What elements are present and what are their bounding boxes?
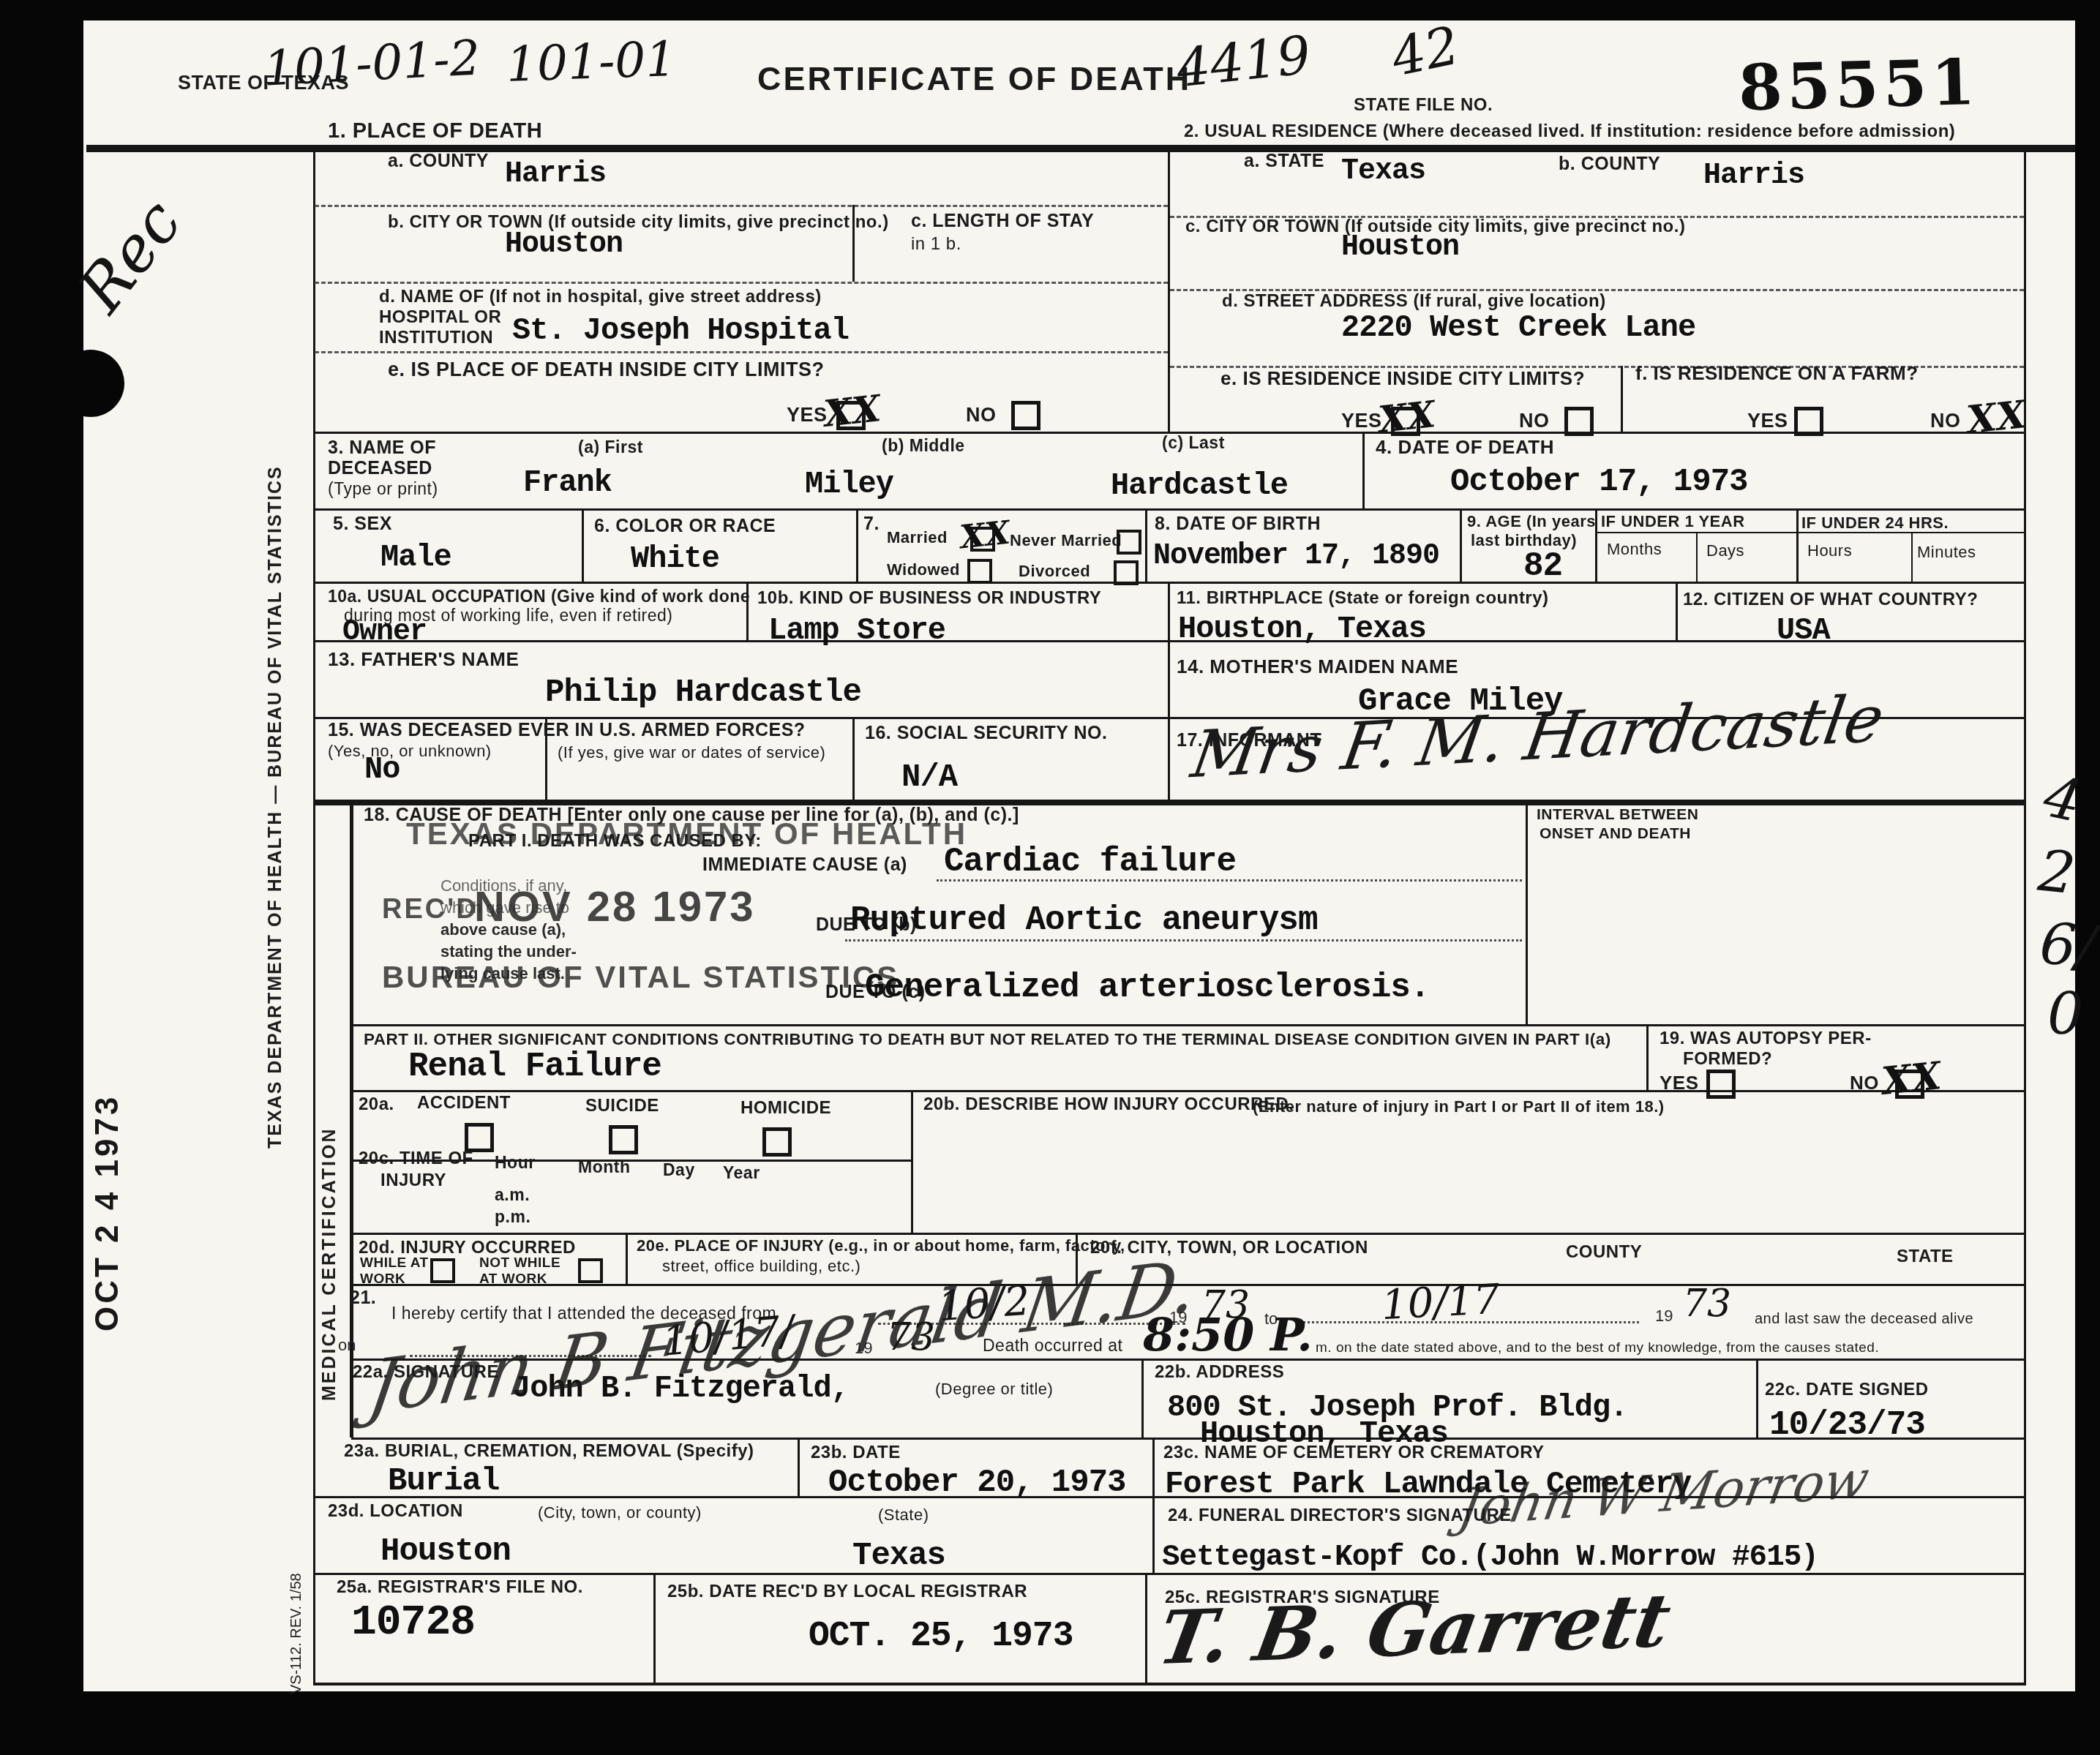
- header-rule: [86, 145, 2075, 152]
- birthplace-value: Houston, Texas: [1178, 612, 1426, 647]
- address-label: 22b. ADDRESS: [1155, 1362, 1284, 1383]
- time-of-injury-label-2: INJURY: [380, 1170, 446, 1191]
- describe-injury-label: 20b. DESCRIBE HOW INJURY OCCURRED.: [923, 1094, 1294, 1115]
- hole-punch-dot: [57, 350, 124, 417]
- race-value: White: [631, 541, 719, 576]
- burial-date-value: October 20, 1973: [828, 1465, 1125, 1501]
- film-border-bottom: [0, 1691, 2100, 1755]
- suicide-checkbox: [609, 1125, 638, 1154]
- describe-injury-note: (Enter nature of injury in Part I or Par…: [1253, 1097, 1665, 1116]
- never-married-label: Never Married: [1010, 531, 1122, 550]
- not-while-work-label: AT WORK: [479, 1271, 547, 1288]
- date-of-birth-value: November 17, 1890: [1153, 540, 1439, 573]
- birthplace-label: 11. BIRTHPLACE (State or foreign country…: [1177, 588, 1549, 609]
- injury-county-label: COUNTY: [1566, 1242, 1642, 1263]
- death-certificate-scan: TEXAS DEPARTMENT OF HEALTH — BUREAU OF V…: [0, 0, 2100, 1755]
- pod-hospital-value: St. Joseph Hospital: [512, 313, 849, 348]
- day-label: Day: [663, 1160, 695, 1180]
- days-label: Days: [1706, 541, 1744, 560]
- suicide-label: SUICIDE: [585, 1096, 659, 1116]
- industry-label: 10b. KIND OF BUSINESS OR INDUSTRY: [757, 588, 1101, 609]
- am-label: a.m.: [495, 1185, 530, 1205]
- citizen-value: USA: [1777, 613, 1830, 648]
- farm-yes-checkbox: [1794, 407, 1823, 436]
- pod-yes-label: YES: [787, 404, 828, 426]
- cemetery-label: 23c. NAME OF CEMETERY OR CREMATORY: [1163, 1443, 1545, 1463]
- table-left-border: [313, 150, 315, 1685]
- homicide-label: HOMICIDE: [740, 1098, 831, 1119]
- sex-value: Male: [380, 540, 451, 575]
- hours-label: Hours: [1807, 541, 1852, 560]
- homicide-checkbox: [762, 1127, 792, 1157]
- pod-county-value: Harris: [505, 158, 606, 191]
- under-1-year-label: IF UNDER 1 YEAR: [1601, 512, 1745, 531]
- name-label-1: 3. NAME OF: [328, 437, 436, 459]
- registrar-signature: T. B. Garrett: [1152, 1577, 1677, 1681]
- date-of-death-label: 4. DATE OF DEATH: [1376, 436, 1554, 459]
- registrar-file-label: 25a. REGISTRAR'S FILE NO.: [337, 1577, 583, 1598]
- date-signed-label: 22c. DATE SIGNED: [1765, 1380, 1929, 1400]
- name-label-2: DECEASED: [328, 458, 432, 479]
- right-margin-digit: 6/: [2038, 911, 2098, 980]
- occupation-value: Owner: [342, 616, 427, 649]
- cert-19-2: 19: [1655, 1307, 1673, 1326]
- part1-label: PART I. DEATH WAS CAUSED BY:: [468, 831, 762, 852]
- res-street-value: 2220 West Creek Lane: [1341, 310, 1695, 345]
- last-name-label: (c) Last: [1162, 433, 1225, 453]
- autopsy-no-label: NO: [1850, 1072, 1879, 1094]
- month-label: Month: [578, 1157, 630, 1177]
- date-recd-label: 25b. DATE REC'D BY LOCAL REGISTRAR: [667, 1582, 1027, 1602]
- widowed-label: Widowed: [887, 560, 960, 579]
- res-county-label: b. COUNTY: [1559, 154, 1660, 175]
- while-work-label: WORK: [360, 1271, 405, 1288]
- margin-medical-certification-text: MEDICAL CERTIFICATION: [319, 816, 340, 1401]
- registrar-file-value: 10728: [351, 1599, 475, 1647]
- place-of-injury-label-1: 20e. PLACE OF INJURY (e.g., in or about …: [637, 1236, 1125, 1255]
- pod-no-checkbox: [1011, 401, 1040, 430]
- pod-city-value: Houston: [505, 228, 623, 261]
- date-of-death-value: October 17, 1973: [1450, 464, 1747, 500]
- pm-label: p.m.: [495, 1207, 530, 1227]
- age-value: 82: [1523, 547, 1562, 585]
- res-yes-mark: XX: [1376, 392, 1437, 441]
- part2-label: PART II. OTHER SIGNIFICANT CONDITIONS CO…: [364, 1030, 1611, 1049]
- year-label: Year: [723, 1163, 760, 1183]
- marital-item-label: 7.: [863, 514, 880, 535]
- farm-yes-label: YES: [1747, 410, 1788, 432]
- stamped-certificate-number: 85551: [1738, 45, 1981, 126]
- occupation-label-1: 10a. USUAL OCCUPATION (Give kind of work…: [328, 587, 750, 606]
- location-label: 23d. LOCATION: [328, 1501, 463, 1522]
- accident-label: ACCIDENT: [417, 1093, 511, 1113]
- state-file-no-label: STATE FILE NO.: [1354, 95, 1493, 116]
- armed-forces-label: 15. WAS DECEASED EVER IN U.S. ARMED FORC…: [328, 720, 806, 741]
- farm-no-label: NO: [1930, 410, 1961, 432]
- father-name-value: Philip Hardcastle: [545, 674, 861, 711]
- interval-label-2: ONSET AND DEATH: [1540, 825, 1691, 843]
- sex-label: 5. SEX: [333, 514, 392, 535]
- not-while-label: NOT WHILE: [479, 1255, 560, 1271]
- res-no-checkbox: [1564, 407, 1594, 436]
- name-label-3: (Type or print): [328, 479, 438, 499]
- middle-name-value: Miley: [805, 467, 893, 502]
- table-right-border: [2024, 150, 2026, 1685]
- location-sub-state: (State): [878, 1506, 929, 1525]
- months-label: Months: [1607, 540, 1662, 559]
- father-name-label: 13. FATHER'S NAME: [328, 648, 519, 671]
- certificate-title: CERTIFICATE OF DEATH: [757, 60, 1191, 98]
- middle-name-label: (b) Middle: [882, 436, 965, 456]
- conditions-note-3: above cause (a),: [440, 920, 566, 939]
- cert-line2-post: m. on the date stated above, and to the …: [1316, 1340, 1879, 1356]
- autopsy-yes-checkbox: [1706, 1070, 1736, 1099]
- margin-form-number: VS-112. REV. 1/58: [288, 1511, 305, 1694]
- first-name-label: (a) First: [578, 437, 643, 457]
- res-state-value: Texas: [1341, 155, 1425, 188]
- immediate-cause-value: Cardiac failure: [944, 843, 1236, 881]
- degree-title-label: (Degree or title): [935, 1380, 1053, 1399]
- pod-no-label: NO: [966, 404, 997, 426]
- conditions-note-4: stating the under-: [440, 942, 577, 961]
- received-date-stamp: OCT 2 4 1973: [89, 1046, 126, 1331]
- funeral-director-value: Settegast-Kopf Co.(John W.Morrow #615): [1162, 1541, 1818, 1574]
- conditions-note-1: Conditions, if any,: [440, 876, 567, 895]
- immediate-cause-label: IMMEDIATE CAUSE (a): [702, 854, 907, 876]
- pod-hospital-label2: HOSPITAL OR: [379, 307, 501, 328]
- res-county-value: Harris: [1703, 159, 1804, 192]
- right-margin-digit: 2: [2035, 838, 2078, 908]
- burial-date-label: 23b. DATE: [811, 1443, 901, 1463]
- cert-item-label: 21.: [350, 1288, 376, 1309]
- due-to-c-value: Generalized arteriosclerosis.: [865, 969, 1430, 1007]
- pod-yes-mark: XX: [822, 386, 882, 435]
- while-at-work-checkbox: [430, 1258, 455, 1283]
- injury-state-label: STATE: [1897, 1247, 1954, 1267]
- autopsy-label-1: 19. WAS AUTOPSY PER-: [1660, 1029, 1872, 1049]
- ssn-value: N/A: [901, 759, 957, 796]
- res-yes-label: YES: [1341, 410, 1382, 432]
- right-margin-digit: 0: [2047, 982, 2084, 1048]
- date-signed-value: 10/23/73: [1769, 1406, 1925, 1444]
- res-no-label: NO: [1519, 410, 1550, 432]
- armed-forces-sub2: (If yes, give war or dates of service): [558, 743, 825, 762]
- due-to-b-value: Ruptured Aortic aneurysm: [850, 901, 1318, 939]
- cert-line1-post: and last saw the deceased alive: [1755, 1311, 1973, 1328]
- time-of-injury-label-1: 20c. TIME OF: [359, 1149, 473, 1169]
- handwritten-code-1: 101-01-2: [262, 29, 481, 97]
- pod-length-label: c. LENGTH OF STAY: [911, 211, 1094, 232]
- pod-hospital-label: d. NAME OF (If not in hospital, give str…: [379, 287, 822, 307]
- age-label-1: 9. AGE (In years: [1467, 512, 1596, 531]
- burial-value: Burial: [388, 1463, 499, 1500]
- film-border-left: [0, 0, 83, 1755]
- autopsy-label-2: FORMED?: [1683, 1049, 1772, 1070]
- cert-to-year: 73: [1683, 1282, 1731, 1326]
- married-label: Married: [887, 528, 948, 547]
- minutes-label: Minutes: [1917, 543, 1976, 562]
- res-city-value: Houston: [1341, 231, 1459, 264]
- mother-name-label: 14. MOTHER'S MAIDEN NAME: [1177, 655, 1458, 678]
- farm-no-mark: XX: [1965, 392, 2028, 443]
- res-state-label: a. STATE: [1244, 151, 1324, 172]
- autopsy-no-mark: XX: [1880, 1053, 1943, 1104]
- burial-label: 23a. BURIAL, CREMATION, REMOVAL (Specify…: [344, 1441, 754, 1462]
- pod-length-label2: in 1 b.: [911, 234, 961, 255]
- last-name-value: Hardcastle: [1111, 468, 1288, 503]
- pod-inside-city-label: e. IS PLACE OF DEATH INSIDE CITY LIMITS?: [388, 358, 825, 381]
- pod-hospital-label3: INSTITUTION: [379, 328, 493, 348]
- never-married-checkbox: [1117, 530, 1141, 555]
- under-24-hrs-label: IF UNDER 24 HRS.: [1801, 514, 1949, 533]
- stamp-line-3: BUREAU OF VITAL STATISTICS: [382, 960, 899, 995]
- location-sub-city: (City, town, or county): [538, 1503, 702, 1522]
- res-inside-city-label: e. IS RESIDENCE INSIDE CITY LIMITS?: [1220, 367, 1585, 390]
- married-mark: XX: [959, 514, 1012, 557]
- cert-on-label: on: [338, 1336, 356, 1355]
- hour-label: Hour: [495, 1153, 536, 1173]
- armed-forces-sub1: (Yes, no, or unknown): [328, 742, 492, 761]
- first-name-value: Frank: [523, 465, 612, 500]
- while-at-label: WHILE AT: [360, 1255, 429, 1271]
- date-of-birth-label: 8. DATE OF BIRTH: [1155, 514, 1321, 535]
- res-street-label: d. STREET ADDRESS (If rural, give locati…: [1222, 291, 1606, 312]
- injury-item-label: 20a.: [359, 1094, 394, 1115]
- not-while-at-work-checkbox: [578, 1258, 603, 1283]
- film-border-top: [0, 0, 2100, 20]
- conditions-note-2: which gave rise to: [440, 898, 569, 917]
- part2-value: Renal Failure: [408, 1048, 661, 1086]
- pod-city-label: b. CITY OR TOWN (If outside city limits,…: [388, 212, 889, 233]
- date-recd-value: OCT. 25, 1973: [809, 1617, 1073, 1656]
- widowed-checkbox: [967, 559, 992, 584]
- armed-forces-value: No: [364, 752, 400, 787]
- film-border-right: [2075, 0, 2100, 1755]
- autopsy-yes-label: YES: [1660, 1072, 1699, 1094]
- accident-checkbox: [465, 1123, 494, 1152]
- margin-agency-text: TEXAS DEPARTMENT OF HEALTH — BUREAU OF V…: [265, 183, 286, 1149]
- race-label: 6. COLOR OR RACE: [594, 516, 776, 537]
- ssn-label: 16. SOCIAL SECURITY NO.: [865, 723, 1107, 744]
- place-of-death-section-label: 1. PLACE OF DEATH: [328, 119, 542, 143]
- residence-section-label: 2. USUAL RESIDENCE (Where deceased lived…: [1184, 121, 1955, 142]
- citizen-label: 12. CITIZEN OF WHAT COUNTRY?: [1683, 590, 1978, 610]
- place-of-injury-label-2: street, office building, etc.): [662, 1257, 860, 1276]
- divorced-label: Divorced: [1019, 562, 1090, 581]
- interval-label-1: INTERVAL BETWEEN: [1537, 806, 1699, 824]
- divorced-checkbox: [1114, 560, 1139, 585]
- location-state-value: Texas: [852, 1538, 945, 1574]
- industry-value: Lamp Store: [768, 613, 945, 648]
- handwritten-code-2: 101-01: [506, 31, 678, 93]
- location-city-value: Houston: [380, 1533, 511, 1570]
- table-bottom-border: [313, 1683, 2026, 1686]
- farm-label: f. IS RESIDENCE ON A FARM?: [1635, 362, 1919, 385]
- pod-county-label: a. COUNTY: [388, 151, 489, 172]
